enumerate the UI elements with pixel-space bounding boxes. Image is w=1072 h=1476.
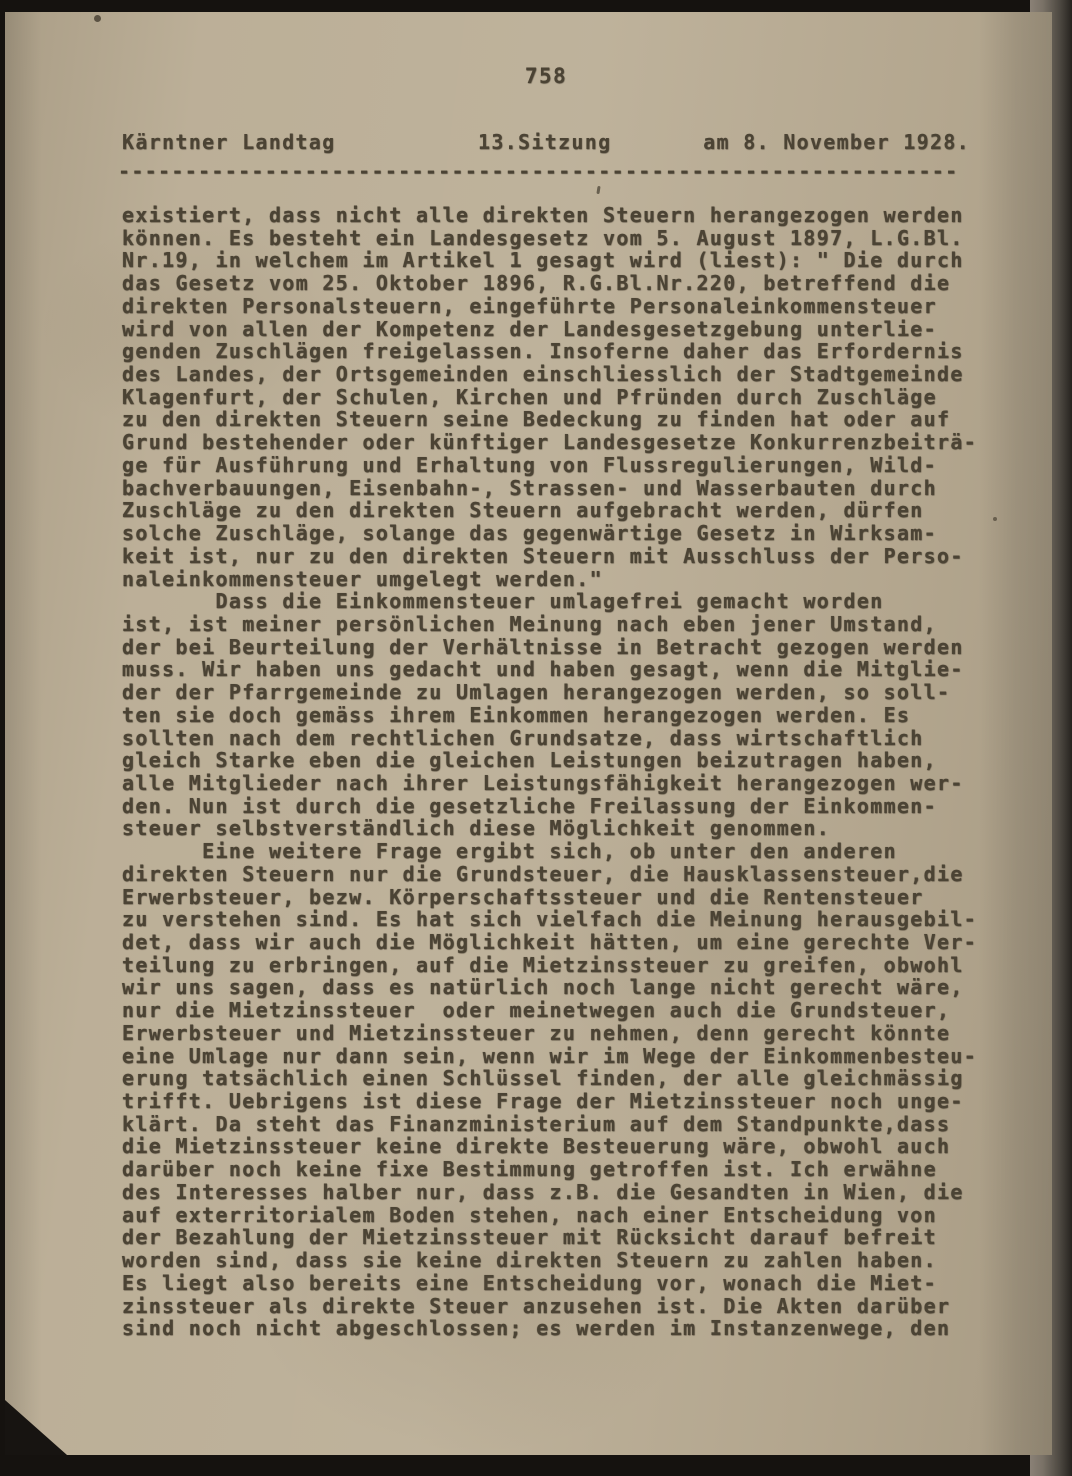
paper-speck: [94, 15, 101, 22]
text-line: nur die Mietzinssteuer oder meinetwegen …: [122, 999, 994, 1022]
text-line: worden sind, dass sie keine direkten Ste…: [122, 1249, 994, 1272]
text-line: Nr.19, in welchem im Artikel 1 gesagt wi…: [122, 249, 994, 272]
document-header: Kärntner Landtag 13.Sitzung am 8. Novemb…: [122, 130, 970, 156]
text-line: solche Zuschläge, solange das gegenwärti…: [122, 522, 994, 545]
header-divider-rule: ----------------------------------------…: [118, 159, 974, 176]
text-line: wir uns sagen, dass es natürlich noch la…: [122, 976, 994, 999]
text-line: Klagenfurt, der Schulen, Kirchen und Pfr…: [122, 386, 994, 409]
text-line: die Mietzinssteuer keine direkte Besteue…: [122, 1135, 994, 1158]
text-line: Zuschläge zu den direkten Steuern aufgeb…: [122, 499, 994, 522]
text-line: direkten Personalsteuern, eingeführte Pe…: [122, 295, 994, 318]
text-line: naleinkommensteuer umgelegt werden.": [122, 568, 994, 591]
text-line: erung tatsächlich einen Schlüssel finden…: [122, 1067, 994, 1090]
text-line: eine Umlage nur dann sein, wenn wir im W…: [122, 1045, 994, 1068]
body-text: existiert, dass nicht alle direkten Steu…: [122, 204, 994, 1340]
text-line: trifft. Uebrigens ist diese Frage der Mi…: [122, 1090, 994, 1113]
text-line: den. Nun ist durch die gesetzliche Freil…: [122, 795, 994, 818]
header-session: 13.Sitzung: [478, 130, 611, 154]
text-line: klärt. Da steht das Finanzministerium au…: [122, 1113, 994, 1136]
text-line: existiert, dass nicht alle direkten Steu…: [122, 204, 994, 227]
header-date: am 8. November 1928.: [703, 130, 970, 154]
text-line: gleich Starke eben die gleichen Leistung…: [122, 749, 994, 772]
text-line: Es liegt also bereits eine Entscheidung …: [122, 1272, 994, 1295]
text-line: ge für Ausführung und Erhaltung von Flus…: [122, 454, 994, 477]
text-line: zu verstehen sind. Es hat sich vielfach …: [122, 908, 994, 931]
text-line: genden Zuschlägen freigelassen. Insofern…: [122, 340, 994, 363]
text-line: det, dass wir auch die Möglichkeit hätte…: [122, 931, 994, 954]
text-line: darüber noch keine fixe Bestimmung getro…: [122, 1158, 994, 1181]
text-line: des Interesses halber nur, dass z.B. die…: [122, 1181, 994, 1204]
text-line: der Bezahlung der Mietzinssteuer mit Rüc…: [122, 1226, 994, 1249]
text-line: muss. Wir haben uns gedacht und haben ge…: [122, 658, 994, 681]
text-line: Grund bestehender oder künftiger Landesg…: [122, 431, 994, 454]
text-line: keit ist, nur zu den direkten Steuern mi…: [122, 545, 994, 568]
text-line: das Gesetz vom 25. Oktober 1896, R.G.Bl.…: [122, 272, 994, 295]
text-line: Eine weitere Frage ergibt sich, ob unter…: [122, 840, 994, 863]
text-line: bachverbauungen, Eisenbahn-, Strassen- u…: [122, 477, 994, 500]
text-line: direkten Steuern nur die Grundsteuer, di…: [122, 863, 994, 886]
ink-dot: [993, 517, 997, 521]
text-line: können. Es besteht ein Landesgesetz vom …: [122, 227, 994, 250]
text-line: alle Mitglieder nach ihrer Leistungsfähi…: [122, 772, 994, 795]
scan-corner-shadow: [5, 1400, 67, 1455]
text-line: auf exterritorialem Boden stehen, nach e…: [122, 1204, 994, 1227]
text-line: der bei Beurteilung der Verhältnisse in …: [122, 636, 994, 659]
scan-background: 758 Kärntner Landtag 13.Sitzung am 8. No…: [0, 0, 1072, 1476]
page-number: 758: [122, 64, 970, 88]
text-line: Dass die Einkommensteuer umlagefrei gema…: [122, 590, 994, 613]
text-line: sind noch nicht abgeschlossen; es werden…: [122, 1317, 994, 1340]
text-line: Erwerbsteuer, bezw. Körperschaftssteuer …: [122, 886, 994, 909]
text-line: wird von allen der Kompetenz der Landesg…: [122, 318, 994, 341]
text-line: ist, ist meiner persönlichen Meinung nac…: [122, 613, 994, 636]
text-line: ten sie doch gemäss ihrem Einkommen hera…: [122, 704, 994, 727]
text-line: steuer selbstverständlich diese Möglichk…: [122, 817, 994, 840]
text-line: des Landes, der Ortsgemeinden einschlies…: [122, 363, 994, 386]
document-page: 758 Kärntner Landtag 13.Sitzung am 8. No…: [5, 12, 1052, 1455]
header-institution: Kärntner Landtag: [122, 130, 335, 154]
text-line: teilung zu erbringen, auf die Mietzinsst…: [122, 954, 994, 977]
text-line: sollten nach dem rechtlichen Grundsatze,…: [122, 727, 994, 750]
text-line: der der Pfarrgemeinde zu Umlagen herange…: [122, 681, 994, 704]
text-line: zu den direkten Steuern seine Bedeckung …: [122, 408, 994, 431]
text-line: zinssteuer als direkte Steuer anzusehen …: [122, 1295, 994, 1318]
text-line: Erwerbsteuer und Mietzinssteuer zu nehme…: [122, 1022, 994, 1045]
